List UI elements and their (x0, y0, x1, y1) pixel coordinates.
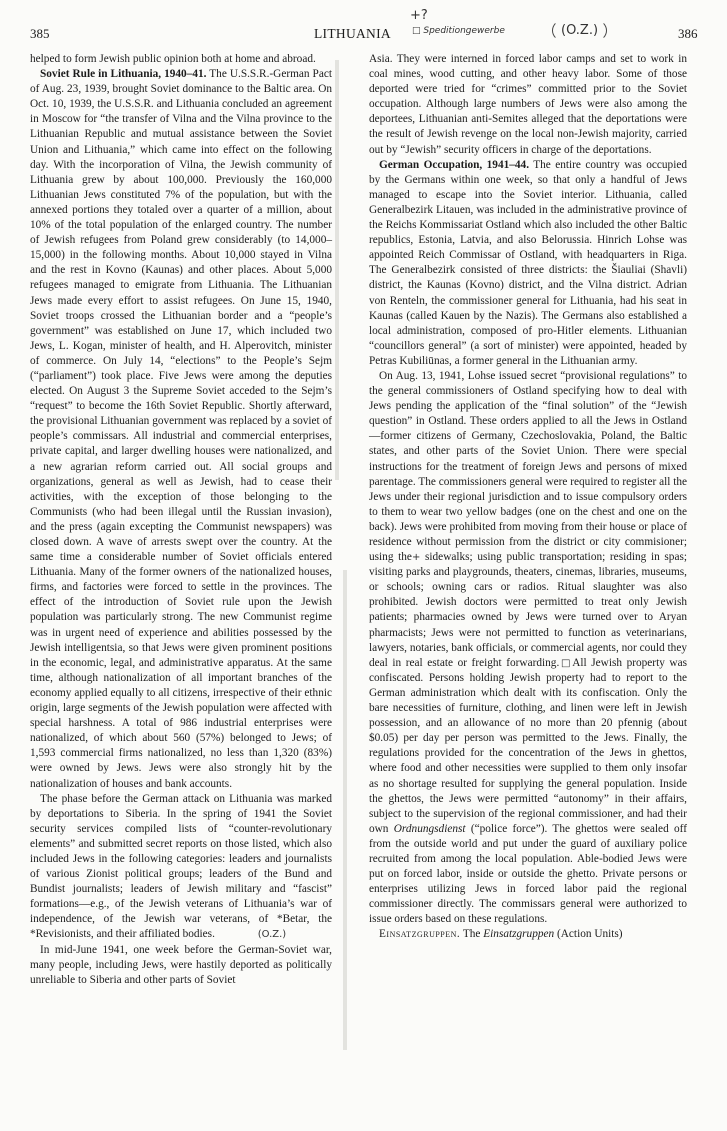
subsection-heading-einsatzgruppen: Einsatzgruppen. (379, 928, 460, 940)
handwritten-initials: (O.Z.) (552, 20, 607, 41)
right-column: Asia. They were interned in forced labor… (369, 52, 687, 943)
paragraph: The phase before the German attack on Li… (30, 792, 332, 943)
paragraph: In mid-June 1941, one week before the Ge… (30, 943, 332, 988)
section-heading-german-occupation: German Occupation, 1941–44. (379, 159, 529, 171)
paragraph: Einsatzgruppen. The Einsatzgruppen (Acti… (369, 927, 687, 942)
running-title: LITHUANIA (314, 26, 391, 42)
paragraph: On Aug. 13, 1941, Lohse issued secret “p… (369, 369, 687, 927)
handwritten-box-mark: □ (559, 658, 572, 669)
handwritten-note: □ Speditiongewerbe (412, 26, 505, 36)
paragraph: Asia. They were interned in forced labor… (369, 52, 687, 158)
page-number-left: 385 (30, 26, 50, 42)
page-header: 385 LITHUANIA +? □ Speditiongewerbe (O.Z… (0, 22, 727, 46)
paragraph: Soviet Rule in Lithuania, 1940–41. The U… (30, 67, 332, 792)
handwritten-initials: (O.Z.) (258, 929, 286, 940)
section-heading-soviet-rule: Soviet Rule in Lithuania, 1940–41. (40, 68, 206, 80)
handwritten-plus-annotation: +? (410, 8, 428, 23)
margin-pencil-mark (343, 570, 347, 1050)
left-column: helped to form Jewish public opinion bot… (30, 52, 332, 988)
paragraph: German Occupation, 1941–44. The entire c… (369, 158, 687, 369)
margin-pencil-mark (335, 60, 339, 480)
page-number-right: 386 (678, 26, 698, 42)
paragraph: helped to form Jewish public opinion bot… (30, 52, 332, 67)
